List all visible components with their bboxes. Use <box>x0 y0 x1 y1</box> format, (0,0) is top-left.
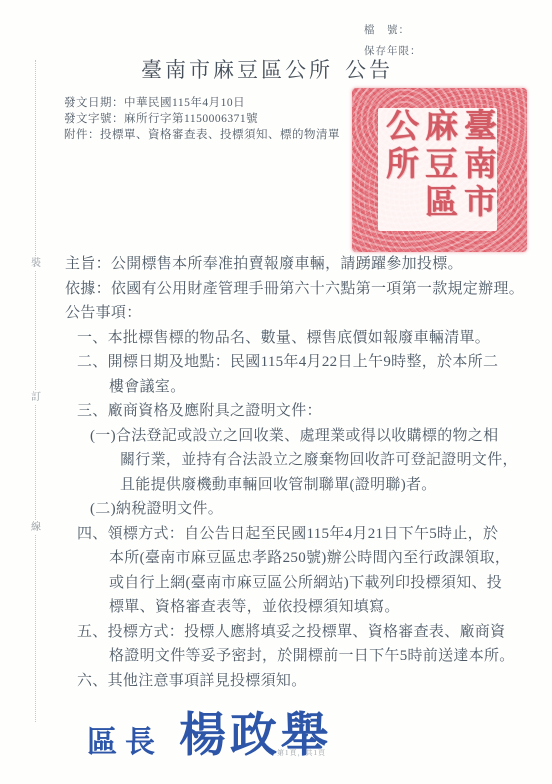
signer-title: 區長 <box>87 717 163 761</box>
body-line: 樓會議室。 <box>65 375 537 400</box>
body-line: 且能提供廢機動車輛回收管制聯單(證明聯)者。 <box>65 473 537 498</box>
body-line: 或自行上網(臺南市麻豆區公所網站)下載列印投標須知、投 <box>65 571 537 596</box>
archive-number-label: 檔 號： <box>364 20 422 41</box>
body-line: 四、領標方式：自公告日起至民國115年4月21日下午5時止，於 <box>65 522 537 547</box>
binding-mark-ding: 訂 <box>29 391 43 404</box>
body-line: 本所(臺南市麻豆區忠孝路250號)辦公時間內至行政課領取， <box>65 546 537 571</box>
seal-inner-panel: 臺南市麻豆區公所 <box>378 108 497 231</box>
attachments-line: 附件：投標單、資格審查表、投標須知、標的物清單 <box>64 128 340 144</box>
body-line: 主旨：公開標售本所奉准拍賣報廢車輛，請踴躍參加投標。 <box>65 252 537 277</box>
seal-text: 臺南市麻豆區公所 <box>379 108 496 231</box>
body-line: 三、廠商資格及應附具之證明文件： <box>65 399 537 424</box>
announcement-body: 主旨：公開標售本所奉准拍賣報廢車輛，請踴躍參加投標。依據：依國有公用財產管理手冊… <box>65 252 537 693</box>
body-line: 一、本批標售標的物品名、數量、標售底價如報廢車輛清單。 <box>65 326 537 351</box>
page-number: 第1頁，共1頁 <box>277 748 326 758</box>
body-line: 六、其他注意事項詳見投標須知。 <box>65 669 537 694</box>
body-line: 二、開標日期及地點：民國115年4月22日上午9時整，於本所二 <box>65 350 537 375</box>
binding-mark-xian: 線 <box>29 521 43 534</box>
body-line: 標單、資格審查表等，並依投標須知填寫。 <box>65 595 537 620</box>
body-line: 格證明文件等妥予密封，於開標前一日下午5時前送達本所。 <box>65 644 537 669</box>
body-line: 關行業，並持有合法設立之廢棄物回收許可登記證明文件， <box>65 448 537 473</box>
document-meta: 發文日期：中華民國115年4月10日 發文字號：麻所行字第1150006371號… <box>64 96 340 143</box>
issuing-org-name: 臺南市麻豆區公所 <box>141 54 333 84</box>
binding-mark-zhuang: 裝 <box>29 257 43 270</box>
body-line: (一)合法登記或設立之回收業、處理業或得以收購標的物之相 <box>65 424 537 449</box>
issue-number-line: 發文字號：麻所行字第1150006371號 <box>64 112 340 128</box>
document-type: 公告 <box>345 54 393 84</box>
document-page: 裝 訂 線 檔 號： 保存年限： 臺南市麻豆區公所 公告 發文日期：中華民國11… <box>0 0 552 784</box>
body-line: 公告事項： <box>65 301 537 326</box>
body-line: (二)納稅證明文件。 <box>65 497 537 522</box>
body-line: 五、投標方式：投標人應將填妥之投標單、資格審查表、廠商資 <box>65 620 537 645</box>
issue-date-line: 發文日期：中華民國115年4月10日 <box>64 96 340 112</box>
official-red-seal: 臺南市麻豆區公所 <box>352 88 527 252</box>
body-line: 依據：依國有公用財產管理手冊第六十六點第一項第一款規定辦理。 <box>65 277 537 302</box>
document-title: 臺南市麻豆區公所 公告 <box>141 54 393 84</box>
